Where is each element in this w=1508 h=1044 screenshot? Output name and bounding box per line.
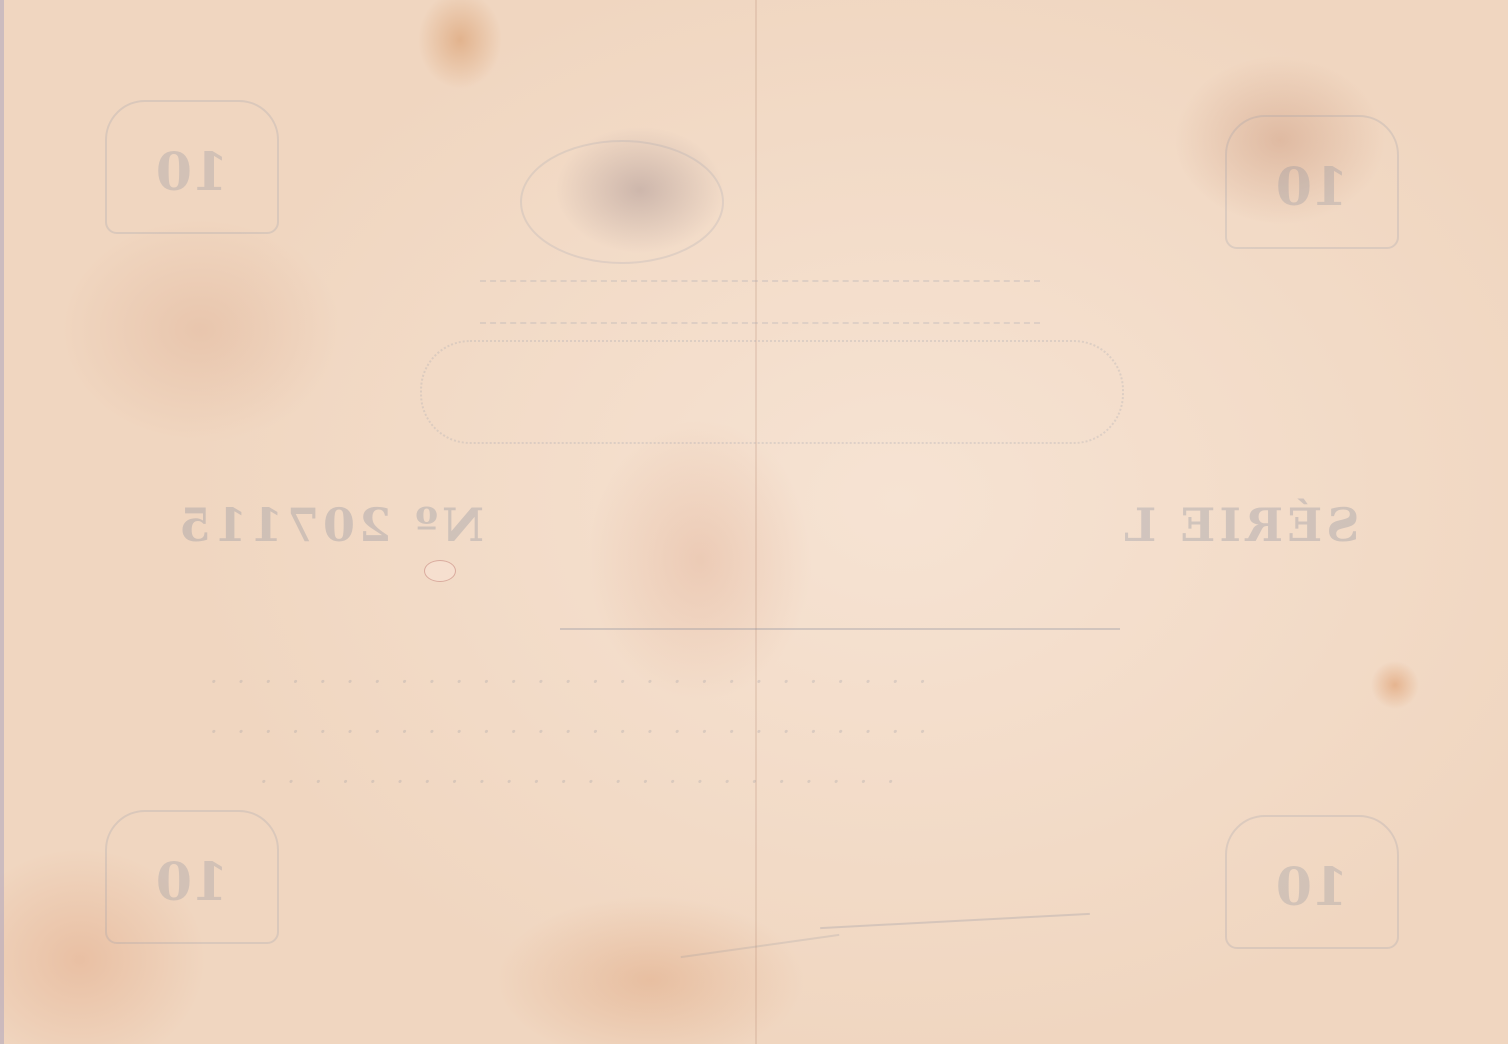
scan-edge xyxy=(0,0,4,1044)
center-fold-crease xyxy=(755,0,757,1044)
corner-value: 10 xyxy=(1227,857,1397,918)
corner-value: 10 xyxy=(107,142,277,203)
corner-value: 10 xyxy=(107,852,277,913)
corner-value: 10 xyxy=(1227,157,1397,218)
corner-ornament-top-left: 10 xyxy=(105,100,279,234)
bank-name-banner xyxy=(480,280,1040,324)
serial-number: Nº 207115 xyxy=(175,498,484,552)
denomination-cartouche xyxy=(420,340,1124,444)
paper-blemish xyxy=(424,560,456,582)
corner-ornament-bottom-right: 10 xyxy=(1225,815,1399,949)
text-line-3: · · · · · · · · · · · · · · · · · · · · … xyxy=(260,768,1260,796)
text-line-2: · · · · · · · · · · · · · · · · · · · · … xyxy=(210,718,1210,746)
corner-ornament-bottom-left: 10 xyxy=(105,810,279,944)
rule-line xyxy=(560,628,1120,630)
crest-emblem-icon xyxy=(520,140,724,264)
series-label: SÉRIE L xyxy=(1120,498,1359,552)
text-line-1: · · · · · · · · · · · · · · · · · · · · … xyxy=(210,668,1210,696)
signature-stroke xyxy=(820,913,1090,929)
signature-stroke xyxy=(681,934,840,958)
banknote-reverse: 10 10 10 10 Nº 207115 SÉRIE L · · · · · … xyxy=(0,0,1508,1044)
corner-ornament-top-right: 10 xyxy=(1225,115,1399,249)
